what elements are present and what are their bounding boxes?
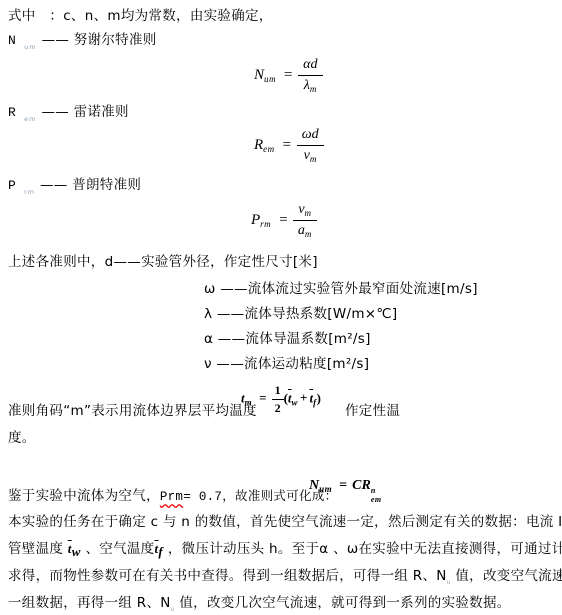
reynolds-label-text: —— 雷诺准则 bbox=[41, 104, 128, 120]
simplified-sentence: 鉴于实验中流体为空气，Prm= 0.7，故准则式可化成： bbox=[8, 488, 337, 506]
prandtl-label: Prm—— 普朗特准则 bbox=[8, 177, 141, 196]
air-temp-mid: 、空气温度 bbox=[81, 541, 155, 557]
reynolds-label: Rem—— 雷诺准则 bbox=[8, 104, 129, 123]
nusselt-formula-equals: = bbox=[283, 67, 293, 83]
prandtl-symbol: P bbox=[8, 178, 16, 193]
mean-temp-plus: + bbox=[300, 390, 307, 405]
reynolds-formula-numerator: ωd bbox=[297, 127, 324, 146]
document-page: 式中 ：c、n、m均为常数，由实验确定， Num—— 努谢尔特准则 Num=αd… bbox=[0, 0, 562, 615]
simplified-equals: = bbox=[339, 478, 347, 493]
mean-temp-text-pre: 准则角码“m”表示用流体边界层平均温度 bbox=[8, 403, 257, 421]
nusselt-symbol-subscript: um bbox=[24, 43, 36, 51]
mean-temp-frac-den: 2 bbox=[275, 400, 281, 416]
simplified-lhs-sub: um bbox=[319, 484, 332, 494]
definition-omega: ω ——流体流过实验管外最窄面处流速[m/s] bbox=[204, 281, 478, 299]
prandtl-formula: Prm=νmam bbox=[251, 202, 317, 239]
nusselt-label: Num—— 努谢尔特准则 bbox=[8, 32, 157, 51]
prandtl-formula-denominator: am bbox=[298, 221, 312, 239]
data-set-1-post: 值，改变空气流速，又得到 bbox=[451, 568, 562, 584]
prandtl-value-spellcheck: Prm bbox=[160, 490, 183, 504]
nusselt-formula-lhs: N bbox=[254, 67, 264, 83]
mean-temp-lhs-sub: m bbox=[245, 397, 253, 407]
definition-alpha: α ——流体导温系数[m²/s] bbox=[204, 331, 371, 349]
simplified-formula: Num=CRnem bbox=[309, 478, 382, 505]
nusselt-formula: Num=αdλm bbox=[254, 57, 323, 94]
reynolds-symbol: R bbox=[8, 105, 16, 120]
prandtl-formula-equals: = bbox=[278, 212, 288, 228]
simplified-base: R bbox=[361, 478, 370, 493]
definition-nu: ν ——流体运动粘度[m²/s] bbox=[204, 356, 369, 374]
mean-temp-close-paren: ) bbox=[317, 390, 321, 405]
prandtl-num-sub: m bbox=[305, 208, 312, 218]
prandtl-den-sub: m bbox=[305, 229, 312, 239]
prandtl-formula-fraction: νmam bbox=[293, 202, 316, 239]
prandtl-formula-numerator: νm bbox=[293, 202, 316, 221]
criteria-intro-line: 上述各准则中，d——实验管外径，作定性尺寸[米] bbox=[8, 254, 318, 272]
mean-temp-text-continued: 度。 bbox=[8, 430, 36, 448]
nusselt-den-sub: m bbox=[310, 84, 317, 94]
prandtl-label-text: —— 普朗特准则 bbox=[40, 177, 141, 193]
reynolds-symbol-subscript: em bbox=[24, 115, 36, 123]
reynolds-formula-lhs-sub: em bbox=[263, 144, 275, 154]
data-set-line-1: 求得，而物性参数可在有关书中查得。得到一组数据后，可得一组 R、Nu 值，改变空… bbox=[8, 568, 562, 587]
wall-temp-symbol-sub: w bbox=[72, 544, 81, 559]
prandtl-formula-lhs-sub: rm bbox=[260, 219, 271, 229]
reynolds-formula-fraction: ωdνm bbox=[297, 127, 324, 164]
reynolds-formula-equals: = bbox=[282, 137, 292, 153]
reynolds-formula-denominator: νm bbox=[304, 146, 317, 164]
nusselt-formula-numerator: αd bbox=[298, 57, 322, 76]
mean-temp-tw-sub: w bbox=[292, 397, 299, 407]
prandtl-symbol-subscript: rm bbox=[24, 188, 35, 196]
data-set-line-2: 一组数据，再得一组 R、Nu 值，改变几次空气流速，就可得到一系列的实验数据。 bbox=[8, 595, 511, 614]
simplified-lhs: N bbox=[309, 478, 319, 493]
nusselt-label-text: —— 努谢尔特准则 bbox=[42, 32, 157, 48]
prandtl-formula-lhs: P bbox=[251, 212, 260, 228]
wall-temp-pre: 管壁温度 bbox=[8, 541, 68, 557]
prandtl-den-base: a bbox=[298, 223, 305, 238]
reynolds-formula: Rem=ωdνm bbox=[254, 127, 324, 164]
mean-temp-frac-num: 1 bbox=[272, 383, 284, 400]
nusselt-symbol: N bbox=[8, 33, 16, 48]
nusselt-formula-lhs-sub: um bbox=[264, 74, 276, 84]
reynolds-den-sub: m bbox=[310, 154, 317, 164]
reynolds-formula-lhs: R bbox=[254, 137, 263, 153]
nusselt-formula-fraction: αdλm bbox=[298, 57, 322, 94]
nusselt-formula-denominator: λm bbox=[304, 76, 317, 94]
mean-temp-formula: tm=12(tw+tf) bbox=[241, 383, 321, 416]
data-set-2-post: 值，改变几次空气流速，就可得到一系列的实验数据。 bbox=[175, 595, 511, 611]
data-set-2-pre: 一组数据，再得一组 R、N bbox=[8, 595, 171, 611]
mean-temp-text-post: 作定性温 bbox=[345, 403, 400, 421]
simplified-supsub: nem bbox=[371, 487, 382, 505]
mean-temp-half-fraction: 12 bbox=[272, 383, 284, 416]
intro-line: 式中 ：c、n、m均为常数，由实验确定， bbox=[8, 8, 273, 26]
data-set-1-pre: 求得，而物性参数可在有关书中查得。得到一组数据后，可得一组 R、N bbox=[8, 568, 447, 584]
simplified-subscript: em bbox=[371, 496, 382, 505]
measurement-line: 管壁温度 tw 、空气温度tf ，微压计动压头 h。至于α 、ω在实验中无法直接… bbox=[8, 541, 562, 561]
measurement-post: ，微压计动压头 h。至于α 、ω在实验中无法直接测得，可通过计算 bbox=[163, 541, 562, 557]
task-line: 本实验的任务在于确定 c 与 n 的数值，首先使空气流速一定，然后测定有关的数据… bbox=[8, 514, 562, 532]
definition-lambda: λ ——流体导热系数[W/m×℃] bbox=[204, 306, 397, 324]
mean-temp-equals: = bbox=[259, 390, 266, 405]
simplified-pre-text: 鉴于实验中流体为空气， bbox=[8, 488, 160, 504]
